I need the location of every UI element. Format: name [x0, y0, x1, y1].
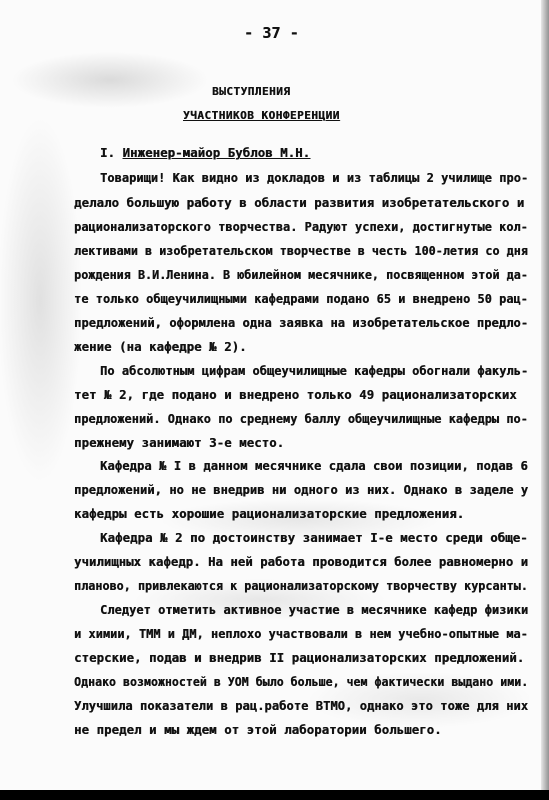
text-line: предложений. Однако по среднему баллу об…	[74, 412, 528, 426]
text-line: Однако возможностей в УОМ было больше, ч…	[74, 675, 528, 689]
text-line: тет № 2, где подано и внедрено только 49…	[74, 388, 517, 402]
page-edge-shadow	[541, 0, 549, 790]
text-line: прежнему занимают 3-е место.	[74, 436, 284, 450]
text-line: не предел и мы ждем от этой лаборатории …	[74, 723, 442, 737]
text-line: кафедры есть хорошие рационализаторские …	[74, 507, 464, 521]
speaker-name: Инженер-майор Бублов М.Н.	[123, 146, 311, 160]
text-line: По абсолютным цифрам общеучилищные кафед…	[100, 364, 528, 378]
text-line: те только общеучилищными кафедрами подан…	[74, 292, 528, 306]
speaker-heading: I. Инженер-майор Бублов М.Н.	[100, 146, 310, 160]
scan-bottom-border	[0, 790, 549, 800]
text-line: стерские, подав и внедрив II рационализа…	[74, 651, 524, 665]
text-line: предложений, но не внедрив ни одного из …	[74, 483, 528, 497]
text-line: предложений, оформлена одна заявка на из…	[74, 316, 528, 330]
text-line: жение (на кафедре № 2).	[74, 340, 247, 354]
text-line: Улучшила показатели в рац.работе ВТМО, о…	[74, 699, 528, 713]
text-line: делало большую работу в области развития…	[74, 196, 524, 210]
text-line: рождения В.И.Ленина. В юбилейном месячни…	[74, 268, 528, 282]
text-line: лективами в изобретательском творчестве …	[74, 244, 528, 258]
text-line: Кафедра № I в данном месячнике сдала сво…	[100, 459, 528, 473]
text-line: училищных кафедр. На ней работа проводит…	[74, 555, 528, 569]
speaker-number: I.	[100, 146, 115, 160]
heading-line-1: ВЫСТУПЛЕНИЯ	[212, 85, 290, 98]
text-line: Кафедра № 2 по достоинству занимает I-е …	[100, 531, 528, 545]
text-line: Следует отметить активное участие в меся…	[100, 603, 528, 617]
text-line: рационализаторского творчества. Радуют у…	[74, 220, 528, 234]
text-line: и химии, ТММ и ДМ, неплохо участвовали в…	[74, 627, 528, 641]
text-line: Товарищи! Как видно из докладов и из таб…	[100, 171, 528, 185]
page-number: - 37 -	[244, 24, 299, 42]
text-line: планово, привлекаются к рационализаторск…	[74, 579, 528, 593]
heading-line-2: УЧАСТНИКОВ КОНФЕРЕНЦИИ	[183, 109, 340, 122]
